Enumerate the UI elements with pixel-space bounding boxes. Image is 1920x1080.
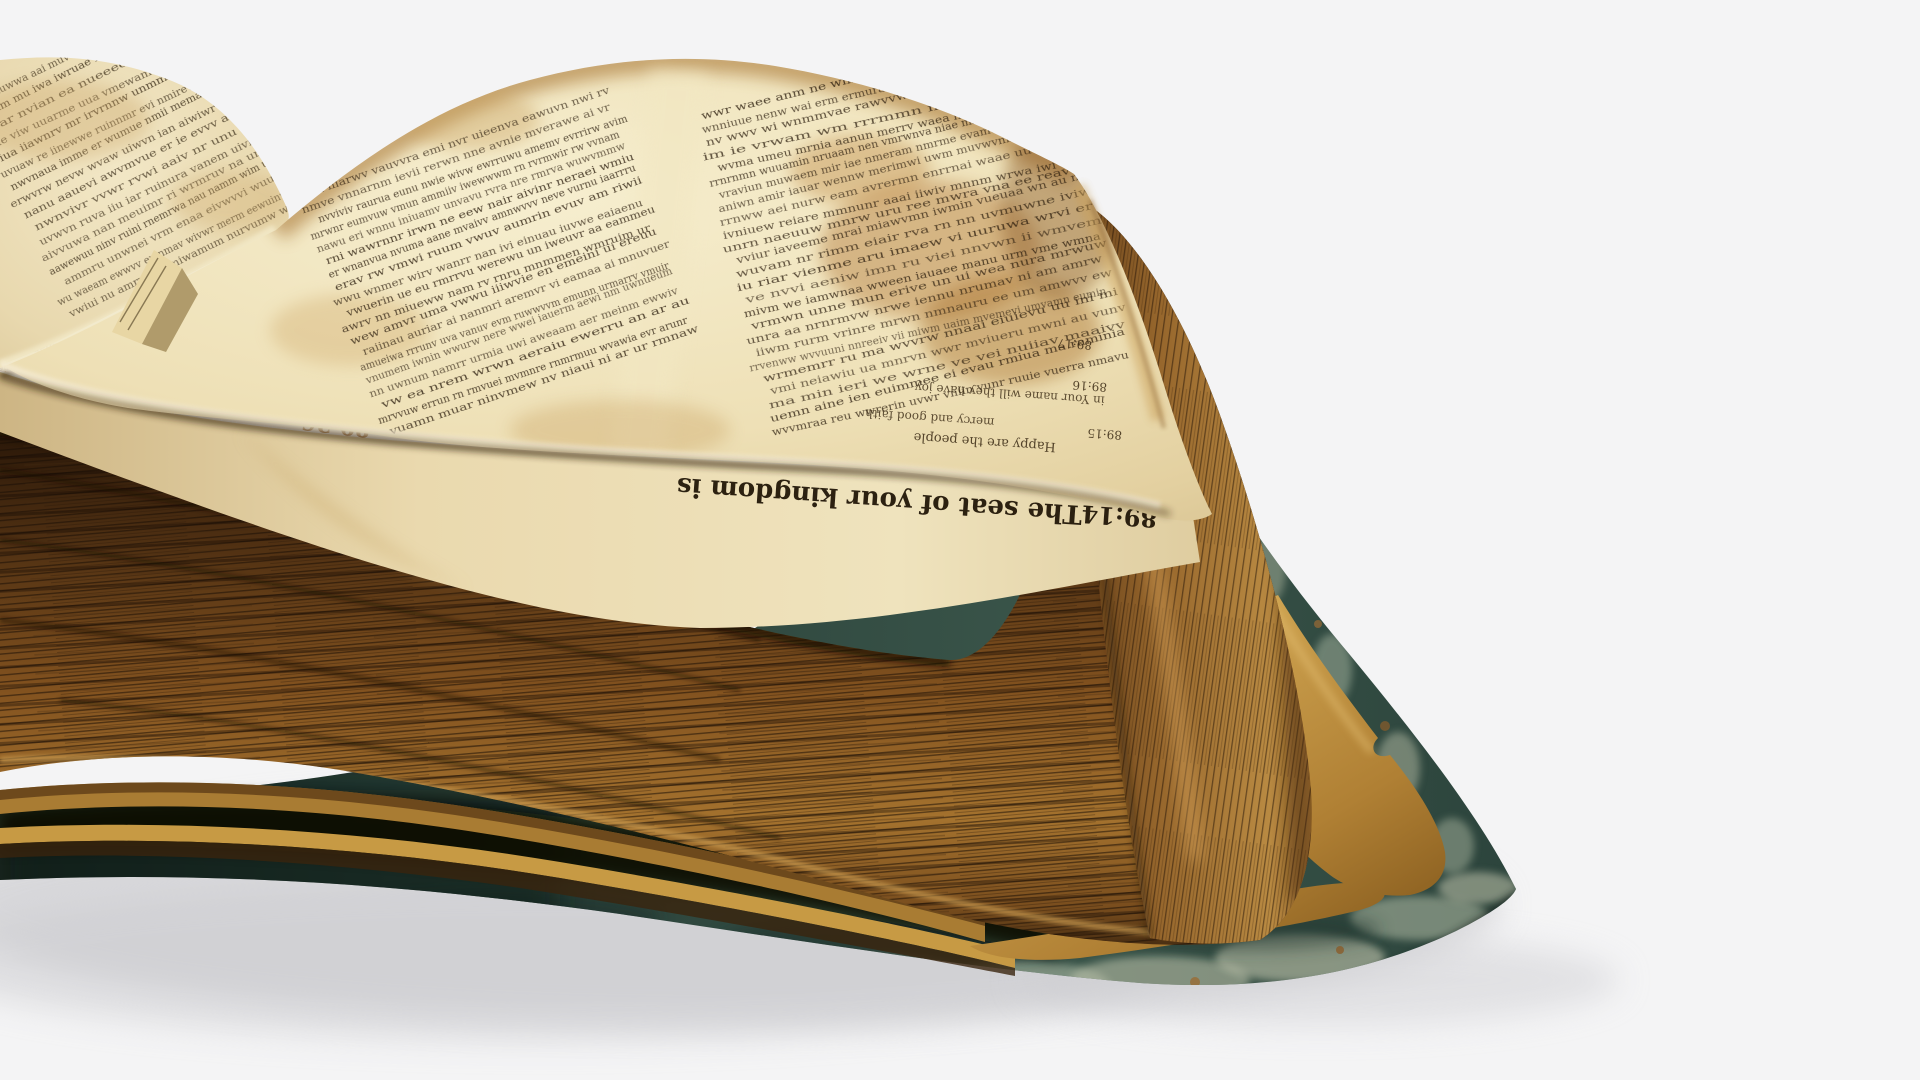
book-render: of his kingdom 89:36 His seed will not T… — [0, 0, 1920, 1080]
svg-text:89:16: 89:16 — [1072, 378, 1107, 394]
svg-text:89:17: 89:17 — [1057, 336, 1092, 352]
render-stage: of his kingdom 89:36 His seed will not T… — [0, 0, 1920, 1080]
svg-text:89:15: 89:15 — [1087, 426, 1122, 442]
